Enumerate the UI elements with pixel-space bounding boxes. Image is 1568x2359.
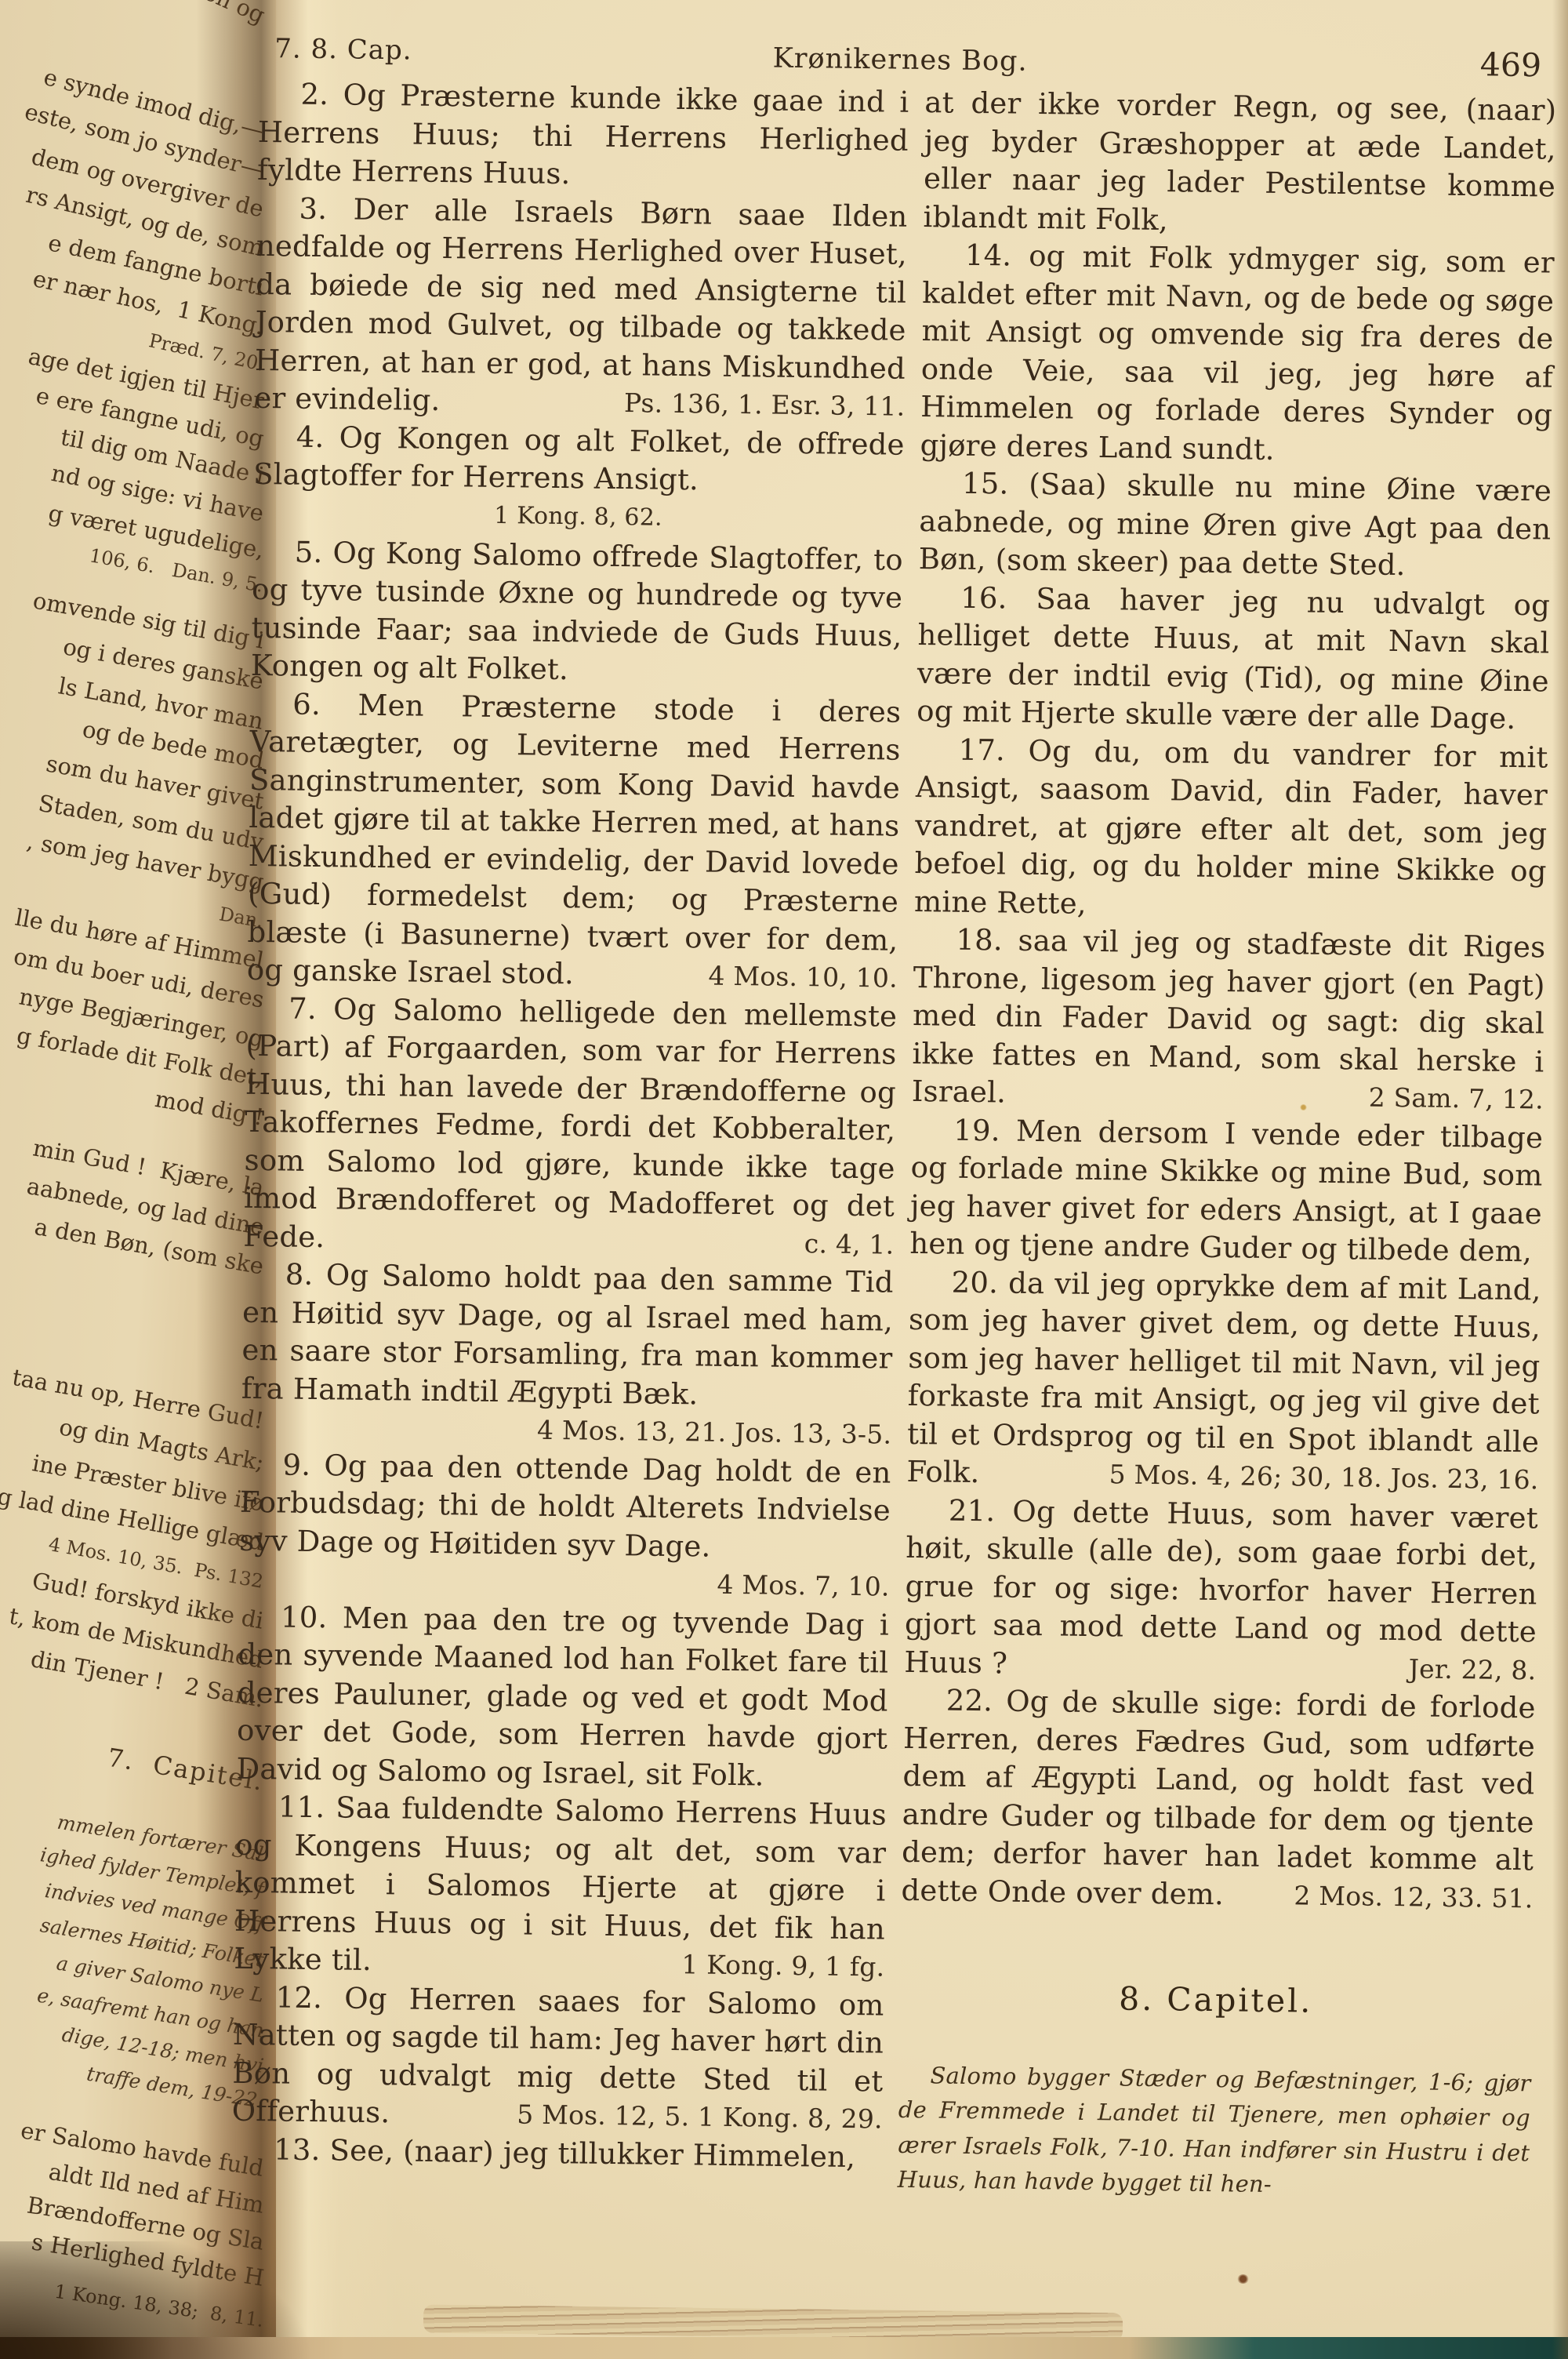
text-column-right: at der ikke vorder Regn, og see, (naar) …: [897, 84, 1556, 2205]
verse: 22. Og de skulle sige: fordi de forlode …: [901, 1681, 1536, 1918]
verse-cross-reference: Jer. 22, 8.: [1352, 1649, 1536, 1690]
verse-text: 6. Men Præsterne stode i deres Varetægte…: [247, 687, 902, 990]
book-page-photo: g af Himmelen oge synde imod dig,—este, …: [0, 0, 1568, 2359]
book-page: 7. 8. Cap. Krønikernes Bog. 469 2. Og Pr…: [232, 0, 1568, 2343]
verse-text: 7. Og Salomo helligede den mellemste (Pa…: [243, 991, 897, 1254]
verse-cross-reference: 2 Sam. 7, 12.: [1312, 1078, 1544, 1119]
verse-text: 22. Og de skulle sige: fordi de forlode …: [901, 1684, 1536, 1911]
verse: 19. Men dersom I vende eder tilbage og f…: [909, 1110, 1543, 1271]
page-tilt-wrapper: 7. 8. Cap. Krønikernes Bog. 469 2. Og Pr…: [202, 0, 1568, 2359]
verse-text: 5. Og Kong Salomo offrede Slagtoffer, to…: [251, 535, 903, 686]
verse-text: at der ikke vorder Regn, og see, (naar) …: [923, 85, 1556, 237]
chapter-summary: Salomo bygger Stæder og Befæstninger, 1-…: [897, 2057, 1530, 2205]
text-column-left: 2. Og Præsterne kunde ikke gaae ind i He…: [231, 75, 909, 2177]
verse-cross-reference: 4 Mos. 7, 10.: [660, 1565, 890, 1606]
verse: 17. Og du, om du vandrer for mit Ansigt,…: [914, 730, 1548, 929]
header-page-number: 469: [1480, 45, 1542, 84]
verse: 13. See, (naar) jeg tillukker Himmelen,: [231, 2130, 883, 2176]
verse-cross-reference: 4 Mos. 10, 10.: [652, 957, 898, 998]
verse-text: 14. og mit Folk ydmyger sig, som er kald…: [920, 238, 1555, 467]
verse-cross-reference: c. 4, 1.: [748, 1224, 895, 1264]
verse: 18. saa vil jeg og stadfæste dit Riges T…: [912, 921, 1546, 1119]
paper-speck: [1300, 1104, 1307, 1110]
verse: 15. (Saa) skulle nu mine Øine være aabne…: [918, 464, 1552, 587]
verse: 21. Og dette Huus, som haver været høit,…: [904, 1491, 1538, 1689]
verse-text: 16. Saa haver jeg nu udvalgt og helliget…: [916, 580, 1550, 736]
verse-cross-reference: 5 Mos. 12, 5. 1 Kong. 8, 29.: [460, 2095, 883, 2139]
verse-text: 8. Og Salomo holdt paa den samme Tid en …: [241, 1257, 894, 1410]
verse: 9. Og paa den ottende Dag holdt de en Fo…: [239, 1445, 891, 1568]
verse-text: 20. da vil jeg oprykke dem af mit Land, …: [906, 1265, 1541, 1489]
verse: 5. Og Kong Salomo offrede Slagtoffer, to…: [251, 533, 903, 693]
verse-cross-reference: 2 Mos. 12, 33. 51.: [1237, 1876, 1534, 1917]
chapter-heading: 8. Capitel.: [899, 1977, 1532, 2023]
verse: 16. Saa haver jeg nu udvalgt og helliget…: [916, 578, 1550, 739]
verse: 8. Og Salomo holdt paa den samme Tid en …: [241, 1256, 894, 1416]
verse-cross-reference: Ps. 136, 1. Esr. 3, 11.: [568, 383, 906, 426]
verse: 11. Saa fuldendte Salomo Herrens Huus og…: [234, 1788, 887, 1986]
verse-cross-reference: 4 Mos. 13, 21. Jos. 13, 3-5.: [481, 1411, 892, 1454]
verse-text: 13. See, (naar) jeg tillukker Himmelen,: [274, 2132, 856, 2174]
verse: 12. Og Herren saaes for Salomo om Natten…: [231, 1978, 884, 2139]
verse-text: 17. Og du, om du vandrer for mit Ansigt,…: [914, 732, 1548, 920]
verse-text: 19. Men dersom I vende eder tilbage og f…: [909, 1113, 1543, 1268]
verse: 14. og mit Folk ydmyger sig, som er kald…: [920, 236, 1555, 473]
verse: 10. Men paa den tre og tyvende Dag i den…: [236, 1598, 889, 1796]
verse-text: 9. Og paa den ottende Dag holdt de en Fo…: [239, 1448, 891, 1563]
verse-cross-reference: 5 Mos. 4, 26; 30, 18. Jos. 23, 16.: [1052, 1455, 1538, 1499]
verse: 20. da vil jeg oprykke dem af mit Land, …: [906, 1263, 1541, 1499]
verse-text: 3. Der alle Israels Børn saae Ilden nedf…: [254, 191, 908, 417]
verse: at der ikke vorder Regn, og see, (naar) …: [923, 84, 1556, 245]
verse: 3. Der alle Israels Børn saae Ilden nedf…: [254, 189, 908, 426]
verse-cross-reference: 1 Kong. 9, 1 fg.: [625, 1945, 885, 1986]
verse-text: 15. (Saa) skulle nu mine Øine være aabne…: [919, 467, 1552, 582]
table-surface-edge: [0, 2337, 1568, 2359]
verse-text: 2. Og Præsterne kunde ikke gaae ind i He…: [257, 78, 909, 191]
paper-speck: [1237, 2274, 1249, 2284]
verse: 2. Og Præsterne kunde ikke gaae ind i He…: [257, 75, 909, 198]
verse-cross-reference-centered: 1 Kong. 8, 62.: [252, 494, 904, 539]
verse: 4. Og Kongen og alt Folket, de offrede S…: [253, 417, 905, 502]
verse: 7. Og Salomo helligede den mellemste (Pa…: [243, 989, 897, 1263]
verse-text: 10. Men paa den tre og tyvende Dag i den…: [236, 1600, 889, 1792]
verse-text: 4. Og Kongen og alt Folket, de offrede S…: [253, 420, 905, 496]
verse: 6. Men Præsterne stode i deres Varetægte…: [247, 685, 902, 998]
